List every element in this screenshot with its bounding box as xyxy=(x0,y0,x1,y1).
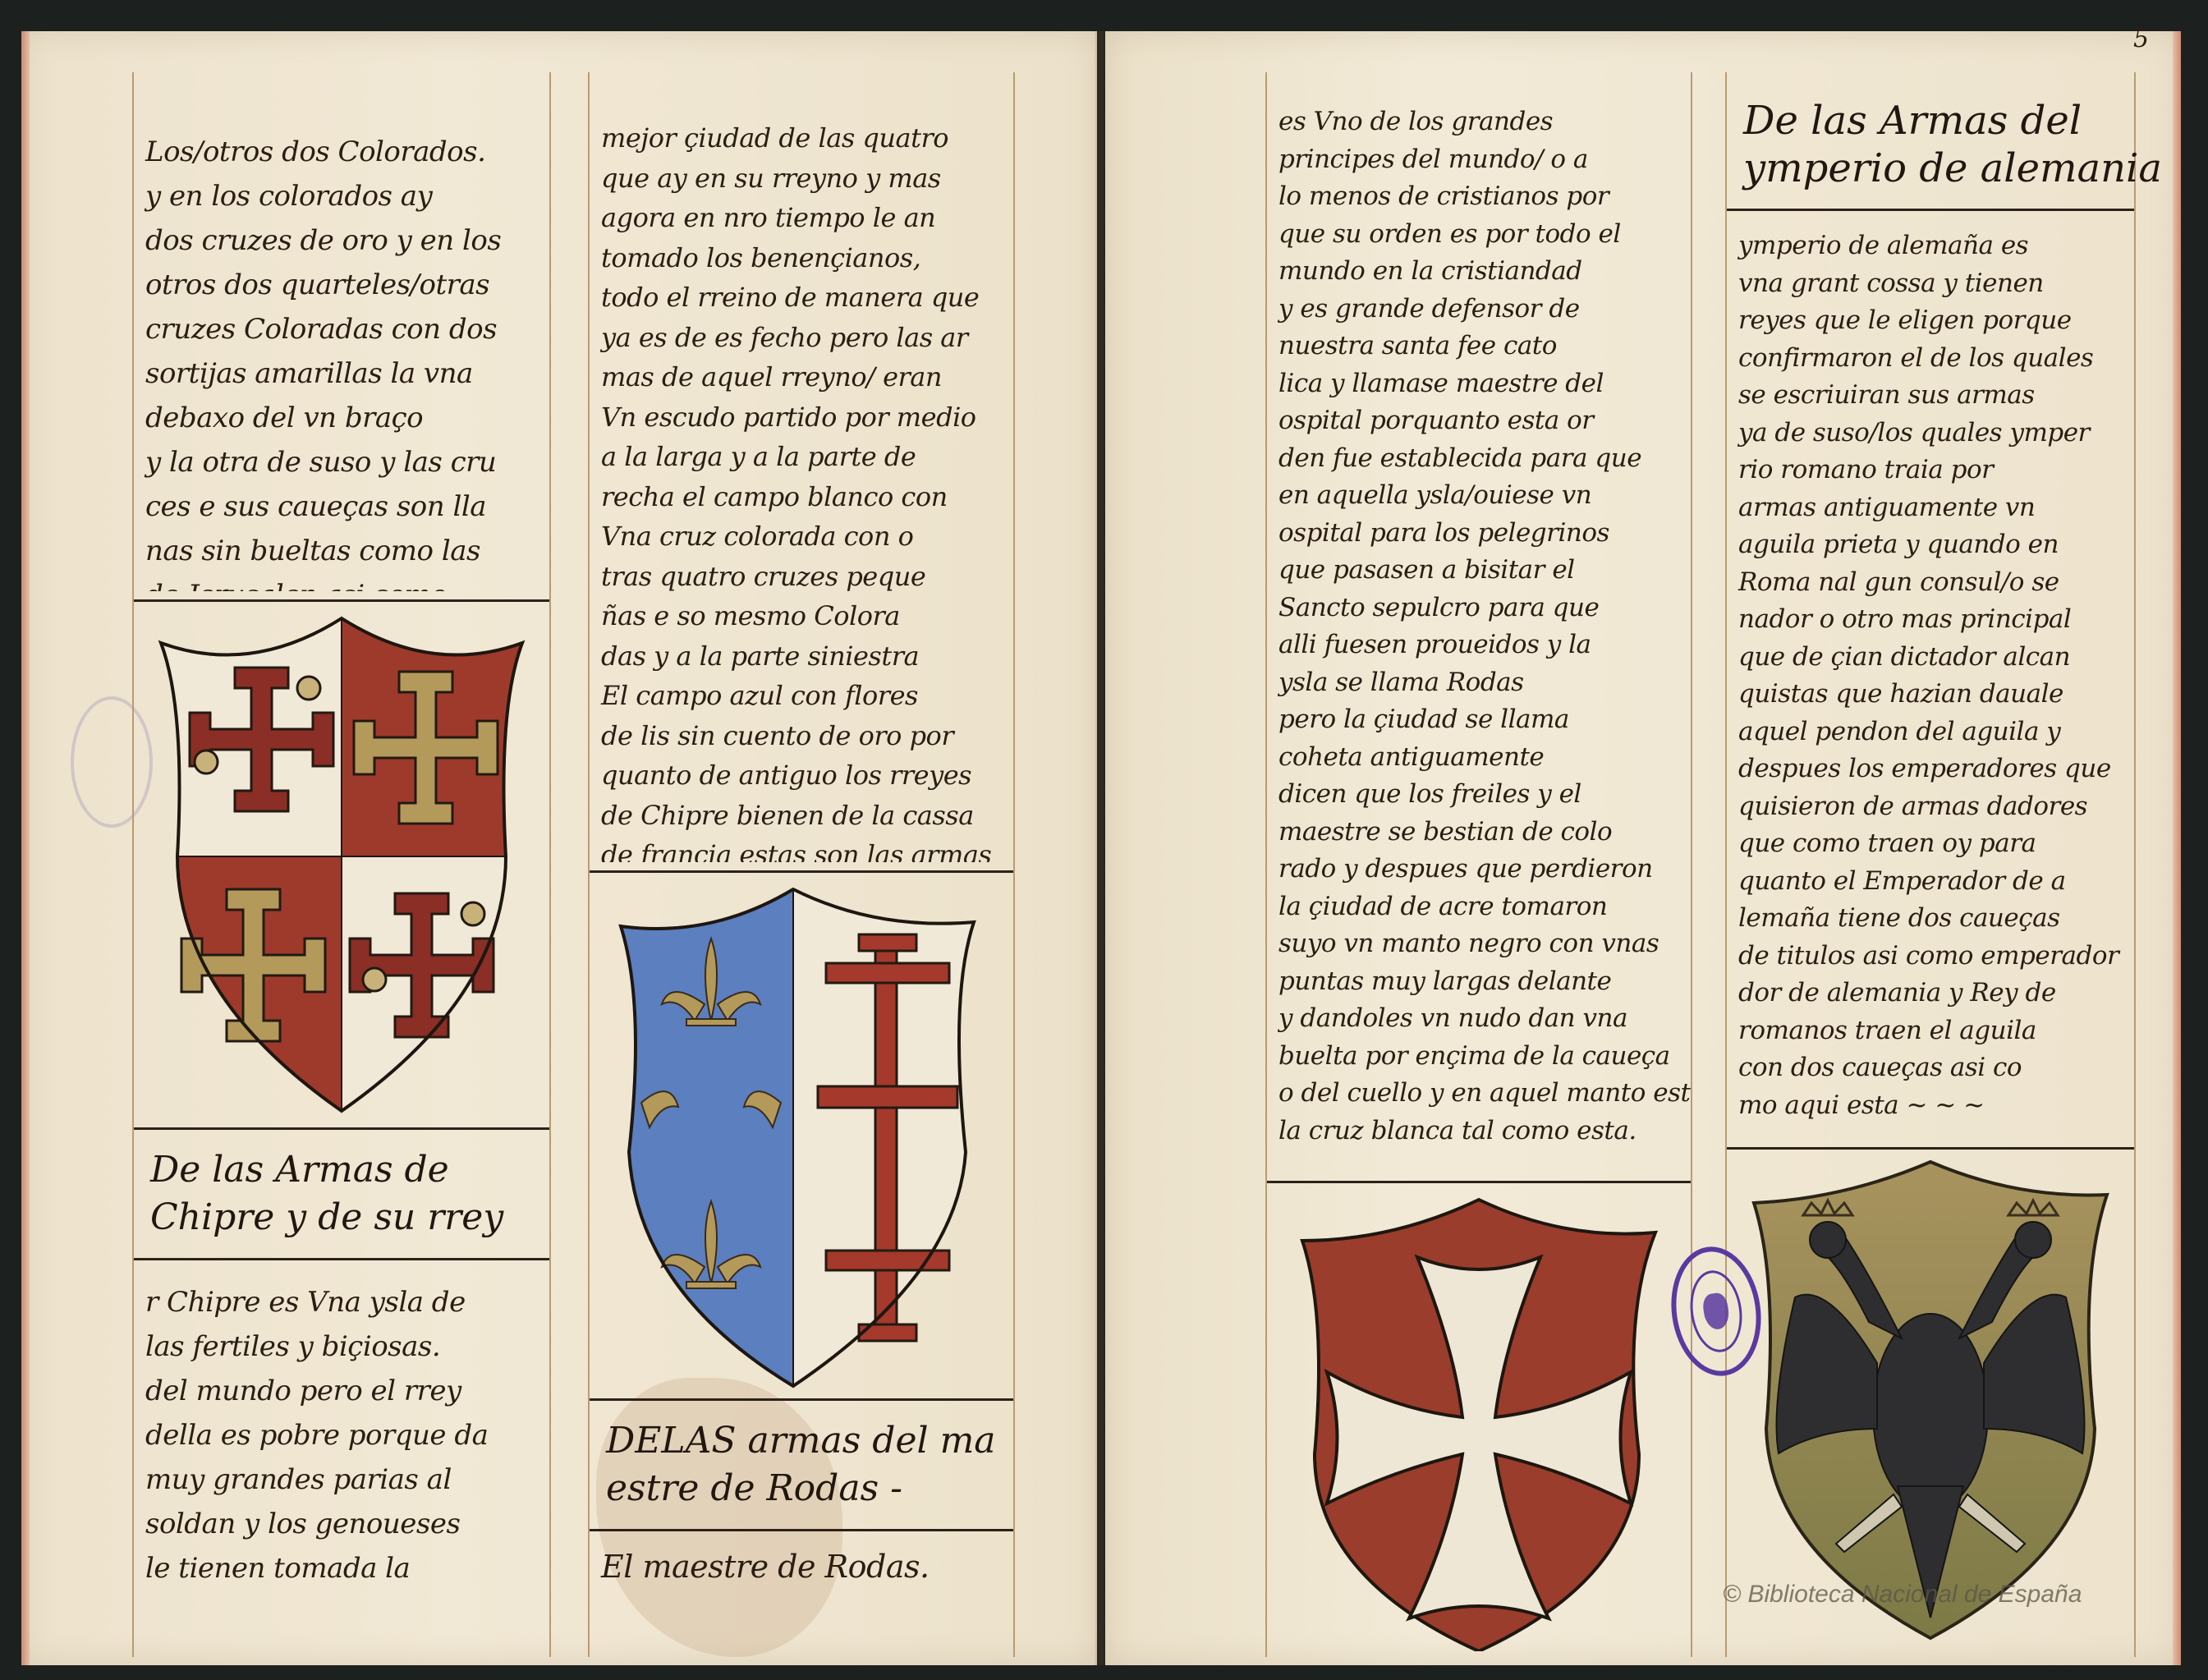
text-line: ñas e so mesmo Colora xyxy=(601,596,1005,636)
text-line: soldan y los genoueses xyxy=(145,1502,541,1546)
text-line: dor de alemania y Rey de xyxy=(1738,975,2126,1012)
text-line: con dos caueças asi co xyxy=(1738,1049,2126,1087)
shield-cyprus-france-lusignan xyxy=(590,881,1013,1390)
coat-of-arms-icon xyxy=(1294,1191,1664,1651)
text-line: que pasasen a bisitar el xyxy=(1278,552,1682,590)
text-line: pero la çiudad se llama xyxy=(1278,701,1682,739)
text-line: mejor çiudad de las quatro xyxy=(601,118,1005,158)
text-line: El maestre de Rodas. xyxy=(601,1545,1005,1589)
text-line: El campo azul con flores xyxy=(601,676,1005,716)
shield-holy-roman-empire xyxy=(1727,1158,2134,1642)
text-line: que ay en su rreyno y mas xyxy=(601,158,1005,199)
text-line: romanos traen el aguila xyxy=(1738,1012,2126,1050)
text-line: lo menos de cristianos por xyxy=(1278,178,1682,216)
text-line: Los/otros dos Colorados. xyxy=(145,130,541,174)
column-2: mejor çiudad de las quatro que ay en su … xyxy=(588,72,1015,1657)
text-line: Sancto sepulcro para que xyxy=(1278,590,1682,627)
heading-arms-of-empire-of-germany: De las Armas del ymperio de alemania xyxy=(1727,72,2134,200)
text-line: agora en nro tiempo le an xyxy=(601,198,1005,238)
royal-crest-icon xyxy=(1701,1292,1731,1331)
text-line: quanto de antiguo los rreyes xyxy=(601,755,1005,796)
text-line: mas de aquel rreyno/ eran xyxy=(601,357,1005,397)
text-line: reyes que le eligen porque xyxy=(1738,302,2126,340)
text-line: r Chipre es Vna ysla de xyxy=(145,1280,541,1324)
text-line: a la larga y a la parte de xyxy=(601,437,1005,477)
text-line: vna grant cossa y tienen xyxy=(1738,265,2126,303)
stamp-inner-ring xyxy=(1685,1267,1747,1356)
text-line: rado y despues que perdieron xyxy=(1278,851,1682,888)
text-line: das y a la parte siniestra xyxy=(601,636,1005,677)
text-line: en aquella ysla/ouiese vn xyxy=(1278,477,1682,515)
text-line: recha el campo blanco con xyxy=(601,477,1005,517)
text-line: es Vno de los grandes xyxy=(1278,103,1682,141)
coat-of-arms-icon xyxy=(153,610,530,1119)
text-line: maestre se bestian de colo xyxy=(1278,814,1682,851)
text-line: del mundo pero el rrey xyxy=(145,1369,541,1413)
text-line: Roma nal gun consul/o se xyxy=(1738,564,2126,602)
text-line: tomado los benençianos, xyxy=(601,238,1005,278)
column-2-bottom-text: El maestre de Rodas. xyxy=(590,1540,1013,1589)
text-line: quisieron de armas dadores xyxy=(1738,788,2126,826)
page-edge-red xyxy=(2173,31,2181,1665)
manuscript-spread: Los/otros dos Colorados. y en los colora… xyxy=(21,31,2181,1665)
text-line: que como traen oy para xyxy=(1738,825,2126,863)
column-2-top-text: mejor çiudad de las quatro que ay en su … xyxy=(590,72,1013,862)
text-line: y la otra de suso y las cru xyxy=(145,440,541,484)
text-line: cruzes Coloradas con dos xyxy=(145,307,541,351)
heading-arms-of-master-of-rhodes: DELAS armas del ma estre de Rodas - xyxy=(590,1409,1013,1521)
text-line: ya de suso/los quales ymper xyxy=(1738,415,2126,452)
text-line: ospital para los pelegrinos xyxy=(1278,515,1682,553)
heading-line: De las Armas de xyxy=(150,1146,533,1194)
text-line: lica y llamase maestre del xyxy=(1278,365,1682,403)
text-line: buelta por ençima de la caueça xyxy=(1278,1038,1682,1076)
text-line: ospital porquanto esta or xyxy=(1278,402,1682,440)
text-line: nas sin bueltas como las xyxy=(145,529,541,573)
text-line: ces e sus caueças son lla xyxy=(145,484,541,529)
folio-number: 5 xyxy=(2133,25,2149,53)
text-line: lemaña tiene dos caueças xyxy=(1738,900,2126,938)
text-line: y es grande defensor de xyxy=(1278,291,1682,328)
text-line: y dandoles vn nudo dan vna xyxy=(1278,1000,1682,1038)
text-line: muy grandes parias al xyxy=(145,1457,541,1502)
page-edge-red xyxy=(21,31,30,1665)
heading-arms-of-cyprus: De las Armas de Chipre y de su rrey xyxy=(134,1138,549,1250)
text-line: ysla se llama Rodas xyxy=(1278,664,1682,702)
text-line: de titulos asi como emperador xyxy=(1738,938,2126,975)
heading-line: ymperio de alemania xyxy=(1743,145,2118,192)
text-line: de lis sin cuento de oro por xyxy=(601,716,1005,756)
text-line: dos cruzes de oro y en los xyxy=(145,218,541,263)
column-4: De las Armas del ymperio de alemania ymp… xyxy=(1725,72,2136,1657)
shield-knights-of-rhodes xyxy=(1267,1191,1691,1651)
heading-line: estre de Rodas - xyxy=(606,1465,997,1512)
copyright-watermark: © Biblioteca Nacional de España xyxy=(1723,1581,2082,1609)
text-line: la çiudad de acre tomaron xyxy=(1278,888,1682,926)
column-3-top-text: es Vno de los grandes principes del mund… xyxy=(1267,72,1691,1173)
text-line: principes del mundo/ o a xyxy=(1278,141,1682,179)
column-4-text: ymperio de alemaña es vna grant cossa y … xyxy=(1727,219,2134,1139)
ruled-line xyxy=(134,1258,549,1260)
text-line: que de çian dictador alcan xyxy=(1738,639,2126,677)
text-line: ya es de es fecho pero las ar xyxy=(601,318,1005,358)
text-line: otros dos quarteles/otras xyxy=(145,263,541,307)
shield-cyprus-jerusalem xyxy=(134,610,549,1119)
text-line: Vn escudo partido por medio xyxy=(601,397,1005,438)
ruled-line xyxy=(134,1127,549,1130)
ruled-line xyxy=(590,1529,1013,1531)
text-line: sortijas amarillas la vna xyxy=(145,351,541,396)
ruled-line xyxy=(590,870,1013,873)
text-line: suyo vn manto negro con vnas xyxy=(1278,925,1682,963)
right-page: es Vno de los grandes principes del mund… xyxy=(1105,31,2181,1665)
ruled-line xyxy=(134,599,549,602)
ruled-line xyxy=(1267,1181,1691,1183)
text-line: y en los colorados ay xyxy=(145,174,541,218)
heading-line: De las Armas del xyxy=(1743,97,2118,145)
column-1-top-text: Los/otros dos Colorados. y en los colora… xyxy=(134,72,549,591)
text-line: alli fuesen proueidos y la xyxy=(1278,627,1682,664)
text-line: nuestra santa fee cato xyxy=(1278,328,1682,365)
text-line: mo aqui esta ~ ~ ~ xyxy=(1738,1087,2126,1125)
text-line: ymperio de alemaña es xyxy=(1738,227,2126,265)
text-line: quanto el Emperador de a xyxy=(1738,863,2126,901)
text-line: Vna cruz colorada con o xyxy=(601,516,1005,557)
text-line: puntas muy largas delante xyxy=(1278,963,1682,1001)
text-line: debaxo del vn braço xyxy=(145,396,541,440)
coat-of-arms-icon xyxy=(613,881,990,1390)
column-1-bottom-text: r Chipre es Vna ysla de las fertiles y b… xyxy=(134,1269,549,1590)
text-line: de françia estas son las armas xyxy=(601,835,1005,862)
column-1: Los/otros dos Colorados. y en los colora… xyxy=(132,72,551,1657)
text-line: de Chipre bienen de la cassa xyxy=(601,796,1005,836)
text-line: aquel pendon del aguila y xyxy=(1738,714,2126,751)
text-line: mundo en la cristiandad xyxy=(1278,253,1682,291)
text-line: dicen que los freiles y el xyxy=(1278,776,1682,814)
text-line: de Jerusalen asi como xyxy=(145,573,541,591)
text-line: aguila prieta y quando en xyxy=(1738,526,2126,564)
heading-line: Chipre y de su rrey xyxy=(150,1194,533,1242)
column-3: es Vno de los grandes principes del mund… xyxy=(1265,72,1692,1657)
text-line: le tienen tomada la xyxy=(145,1546,541,1590)
heading-line: DELAS armas del ma xyxy=(606,1417,997,1465)
left-page: Los/otros dos Colorados. y en los colora… xyxy=(21,31,1097,1665)
text-line: que su orden es por todo el xyxy=(1278,216,1682,254)
text-line: tras quatro cruzes peque xyxy=(601,557,1005,597)
ruled-line xyxy=(590,1398,1013,1401)
ruled-line xyxy=(1727,1147,2134,1150)
text-line: confirmaron el de los quales xyxy=(1738,340,2126,378)
text-line: quistas que hazian dauale xyxy=(1738,676,2126,714)
text-line: despues los emperadores que xyxy=(1738,750,2126,788)
double-headed-eagle-icon xyxy=(1746,1158,2115,1642)
text-line: den fue establecida para que xyxy=(1278,440,1682,478)
text-line: todo el rreino de manera que xyxy=(601,278,1005,318)
text-line: coheta antiguamente xyxy=(1278,739,1682,777)
text-line: se escriuiran sus armas xyxy=(1738,377,2126,415)
text-line: o del cuello y en aquel manto esta xyxy=(1278,1075,1682,1113)
text-line: nador o otro mas principal xyxy=(1738,601,2126,639)
text-line: las fertiles y biçiosas. xyxy=(145,1324,541,1369)
text-line: la cruz blanca tal como esta. xyxy=(1278,1113,1682,1150)
text-line: della es pobre porque da xyxy=(145,1413,541,1457)
ruled-line xyxy=(1727,209,2134,211)
text-line: rio romano traia por xyxy=(1738,452,2126,489)
text-line: armas antiguamente vn xyxy=(1738,489,2126,527)
